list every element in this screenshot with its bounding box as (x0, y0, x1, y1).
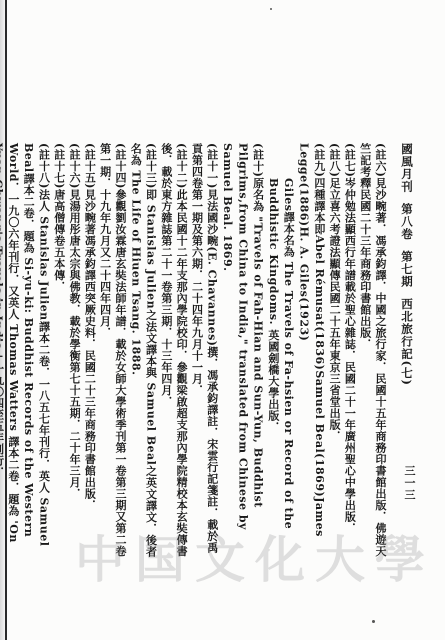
footnote-text: 岑仲勉法顯西行年譜載於聖心雜誌．民國二十一年廣州聖心中學出版． (343, 177, 356, 534)
footnote: (註十)原名為 "Travels of Fah-Hian and Sun-Yun… (220, 143, 266, 563)
volume-number: 第八卷 (400, 203, 414, 241)
footnote: (註十七)唐高僧傳卷五本傳． (51, 143, 66, 563)
footnote-text: 見法國沙畹(E. Chavannes)撰．馮承鈞譯註．宋雲行記箋註．載於禹貢第四… (190, 143, 218, 553)
footnote-text: 即 Stanislas Julien之法文譯本與 Samuel Beal之英文譯… (129, 143, 157, 557)
issue-number: 第七期 (400, 251, 414, 289)
footnote: (註十八)法人 Stanislas Julien譯本二卷．一八五七年刊行．英人 … (0, 143, 51, 563)
scan-speck (372, 620, 375, 623)
footnote: (註十二)此本民國十二年支那內學院校印．參觀梁啟超支那內學院精校本玄奘傳書後．載… (159, 143, 190, 563)
footnote-label: (註十) (252, 143, 265, 177)
footnote-label: (註六) (374, 143, 387, 177)
scanned-page: 國風月刊第八卷第七期西北旅行記(七) 三一三 (註六)見沙畹著．馮承鈞譯．中國之… (0, 0, 445, 640)
footnote-text: 唐高僧傳卷五本傳． (53, 189, 66, 293)
running-header: 國風月刊第八卷第七期西北旅行記(七) (400, 143, 414, 386)
footnote-label: (註七) (343, 143, 356, 177)
footnote: (註七)岑仲勉法顯西行年譜載於聖心雜誌．民國二十一年廣州聖心中學出版． (342, 143, 357, 563)
footnote-label: (註九) (313, 143, 326, 177)
footnote-label: (註十四) (114, 143, 127, 189)
footnote: (註八)足立喜六考證法顯傳民國二十五年東京三省堂出版． (327, 143, 342, 563)
scan-speck (270, 8, 272, 10)
footnote-text: 參觀劉汝霖唐玄奘法師年譜．載於女師大學術季刊第一卷第三期又第二卷第一期．十九年九… (99, 143, 127, 557)
footnote-text: 見湯用彤唐太宗與佛教．載於學衡第七十五期．二十年三月． (68, 189, 81, 500)
footnote-text: 法人 Stanislas Julien譯本二卷．一八五七年刊行．英人 Samue… (0, 143, 50, 546)
footnote-label: (註十一) (206, 143, 219, 189)
footnote: (註十六)見湯用彤唐太宗與佛教．載於學衡第七十五期．二十年三月． (67, 143, 82, 563)
footnote-label: (註十五) (83, 143, 96, 189)
footnote-label: (註十七) (53, 143, 66, 189)
footnote-text: 見沙畹著．馮承鈞譯．中國之旅行家．民國十五年商務印書館出版．佛遊天竺記考釋民國二… (359, 143, 387, 557)
footnote-label: (註八) (328, 143, 341, 177)
footnote: (註十一)見法國沙畹(E. Chavannes)撰．馮承鈞譯註．宋雲行記箋註．載… (189, 143, 220, 563)
footnote-text: 足立喜六考證法顯傳民國二十五年東京三省堂出版． (328, 177, 341, 442)
footnote: (註六)見沙畹著．馮承鈞譯．中國之旅行家．民國十五年商務印書館出版．佛遊天竺記考… (357, 143, 388, 563)
footnote: (註十四)參觀劉汝霖唐玄奘法師年譜．載於女師大學術季刊第一卷第三期又第二卷第一期… (97, 143, 128, 563)
footnote: (註十三)即 Stanislas Julien之法文譯本與 Samuel Bea… (128, 143, 159, 563)
footnote-continuation: Giles譯本名為 The Travels of Fa-hsien or Rec… (266, 143, 297, 563)
footnote: (註九)四種譯本即Abel Rémusat(1836)Samuel Beal(1… (266, 143, 327, 563)
page-number: 三一三 (401, 465, 417, 501)
footnote-text: 四種譯本即Abel Rémusat(1836)Samuel Beal(1869)… (298, 143, 326, 537)
journal-name: 國風月刊 (400, 143, 414, 193)
footnote-text: 原名為 "Travels of Fah-Hian and Sun-Yun, Bu… (221, 143, 265, 530)
footnote-text: 此本民國十二年支那內學院校印．參觀梁啟超支那內學院精校本玄奘傳書後．載於東方雜誌… (160, 143, 188, 557)
article-title: 西北旅行記(七) (400, 298, 414, 386)
footnote-label: (註十三) (145, 143, 158, 189)
footnote-label: (註十八) (37, 143, 50, 189)
footnote: (註十五)見沙畹著馮承鈞譯西突厥史料．民國二十三年商務印書館出版． (82, 143, 97, 563)
footnote-label: (註十二) (175, 143, 188, 189)
footnote-text: 見沙畹著馮承鈞譯西突厥史料．民國二十三年商務印書館出版． (83, 189, 96, 511)
footnotes-block: (註六)見沙畹著．馮承鈞譯．中國之旅行家．民國十五年商務印書館出版．佛遊天竺記考… (0, 143, 388, 563)
footnote-label: (註十六) (68, 143, 81, 189)
